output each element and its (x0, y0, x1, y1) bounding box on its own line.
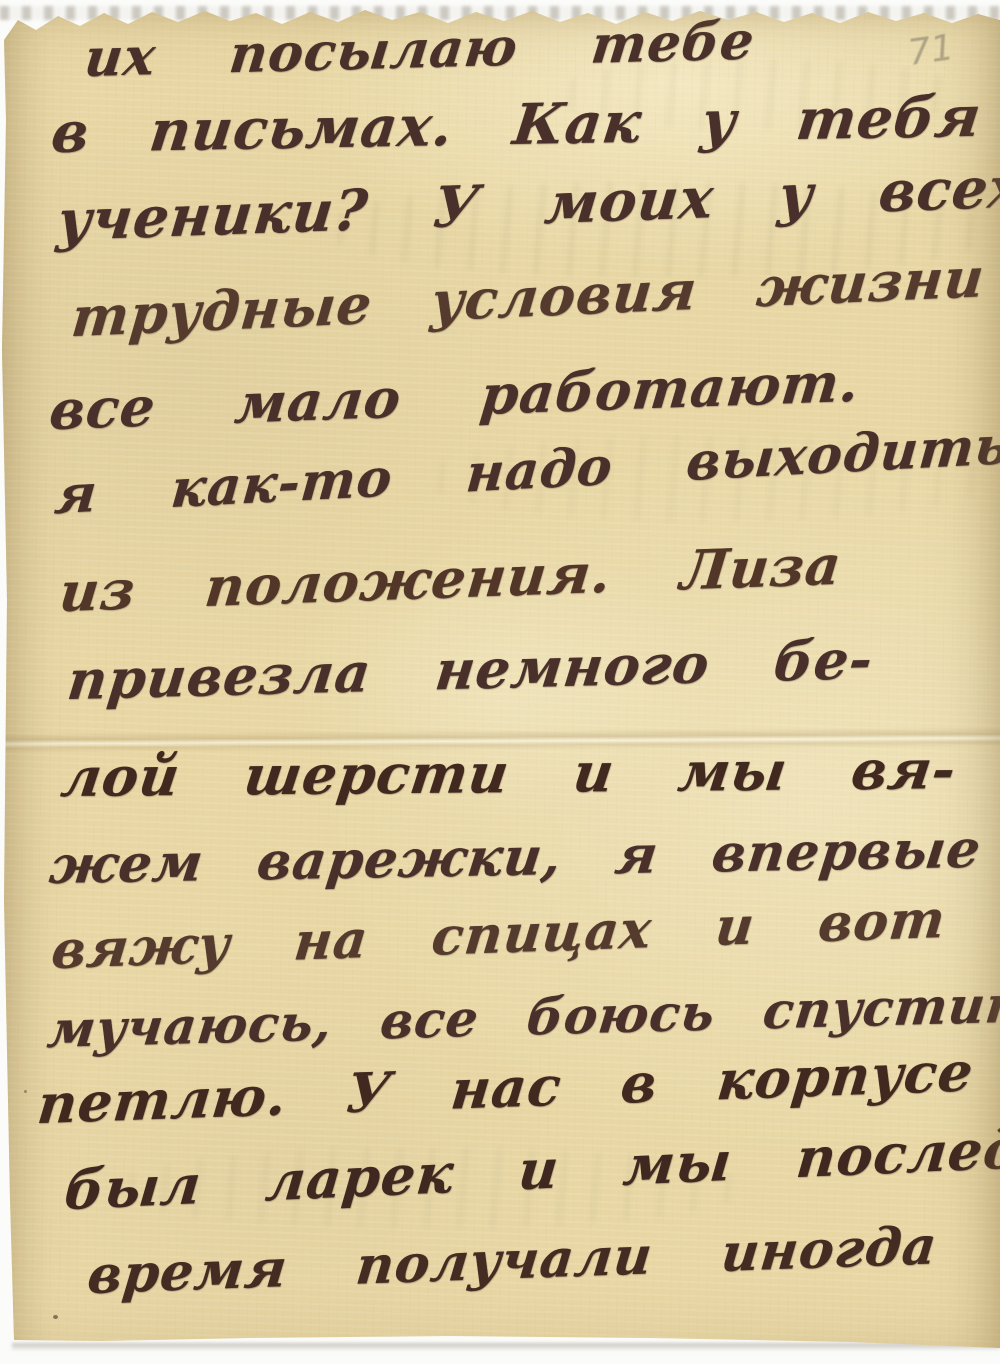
letter-line: лой шерсти и мы вя- (58, 737, 960, 809)
letter-line: в письмах. Как у тебя (48, 84, 985, 166)
ink-showthrough (560, 60, 960, 130)
scanned-letter: 71 их посылаю тебе в письмах. Как у тебя… (0, 0, 1000, 1364)
letter-line: мучаюсь, все боюсь спустить (45, 973, 1000, 1059)
letter-line: привезла немного бе- (64, 627, 876, 712)
paper-bottom-shadow (12, 1343, 1000, 1351)
letter-paper: 71 их посылаю тебе в письмах. Как у тебя… (0, 0, 1000, 1364)
page-number-annotation: 71 (905, 27, 956, 74)
ink-showthrough (120, 1148, 740, 1228)
letter-line: был ларек и мы послед- (62, 1115, 1000, 1222)
letter-line: жем варежки, я впервые (46, 819, 984, 896)
letter-line: трудные условия жизни (69, 245, 988, 349)
letter-line: ученики? У моих у всех (55, 154, 1000, 254)
paper-grain-texture (0, 0, 1000, 1364)
letter-line: я как-то надо выходить (52, 415, 1000, 526)
letter-line: петлю. У нас в корпусе (35, 1039, 977, 1136)
letter-line: время получали иногда (85, 1215, 940, 1306)
ink-speck (24, 1090, 27, 1093)
letter-line: вяжу на спицах и вот (49, 889, 949, 981)
ink-showthrough (430, 436, 990, 521)
letter-line: их посылаю тебе (82, 10, 758, 89)
letter-line: из положения. Лиза (57, 533, 845, 625)
fold-crease (0, 727, 1000, 753)
ink-showthrough (330, 182, 990, 277)
ink-speck (53, 1315, 58, 1319)
letter-line: все мало работают. (47, 350, 863, 443)
